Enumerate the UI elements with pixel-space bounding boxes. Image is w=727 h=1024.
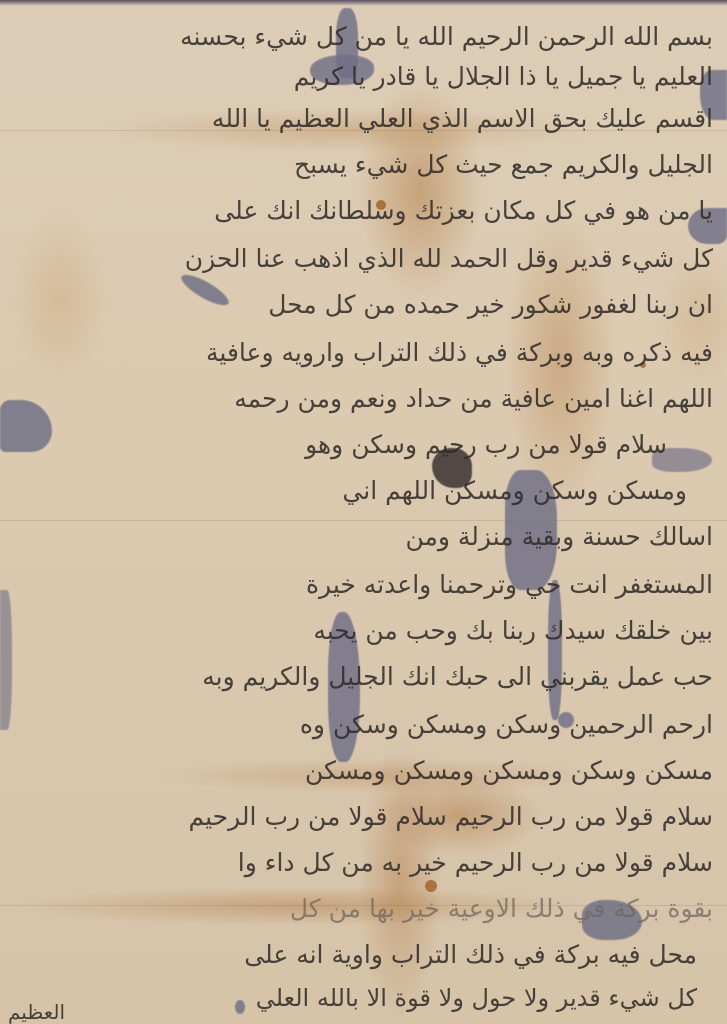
manuscript-line-20: بقوة بركة في ذلك الاوعية خير بها من كل [290,894,713,923]
manuscript-line-18: سلام قولا من رب الرحيم سلام قولا من رب ا… [189,802,714,831]
manuscript-line-3: اقسم عليك بحق الاسم الذي العلي العظيم يا… [212,104,713,133]
manuscript-line-5: يا من هو في كل مكان بعزتك وسلطانك انك عل… [214,196,713,225]
manuscript-line-2: العليم يا جميل يا ذا الجلال يا قادر يا ك… [294,62,713,91]
manuscript-line-7: ان ربنا لغفور شكور خير حمده من كل محل [268,290,713,319]
manuscript-page: بسم الله الرحمن الرحيم الله يا من كل شيء… [0,0,727,1024]
manuscript-line-1: بسم الله الرحمن الرحيم الله يا من كل شيء… [180,22,713,51]
manuscript-line-12: اسالك حسنة وبقية منزلة ومن [405,522,713,551]
manuscript-line-19: سلام قولا من رب الرحيم خير به من كل داء … [238,848,713,877]
manuscript-line-14: بين خلقك سيدك ربنا بك وحب من يحبه [313,616,713,645]
manuscript-line-4: الجليل والكريم جمع حيث كل شيء يسبح [294,150,713,179]
manuscript-line-6: كل شيء قدير وقل الحمد لله الذي اذهب عنا … [185,244,713,273]
manuscript-line-9: اللهم اغنا امين عافية من حداد ونعم ومن ر… [234,384,713,413]
manuscript-line-17: مسكن وسكن ومسكن ومسكن ومسكن [305,756,713,785]
manuscript-line-10: سلام قولا من رب رحيم وسكن وهو [305,430,667,459]
manuscript-line-8: فيه ذكره وبه وبركة في ذلك التراب وارويه … [206,338,713,367]
manuscript-line-16: ارحم الرحمين وسكن ومسكن وسكن وه [300,710,713,739]
manuscript-line-13: المستغفر انت حي وترحمنا واعدته خيرة [306,570,713,599]
manuscript-line-22: كل شيء قدير ولا حول ولا قوة الا بالله ال… [256,984,697,1012]
manuscript-text: بسم الله الرحمن الرحيم الله يا من كل شيء… [0,0,727,1024]
manuscript-line-23: العظيم [8,1000,65,1024]
manuscript-line-15: حب عمل يقربني الى حبك انك الجليل والكريم… [202,662,713,691]
manuscript-line-11: ومسكن وسكن ومسكن اللهم اني [342,476,687,505]
manuscript-line-21: محل فيه بركة في ذلك التراب واوية انه على [244,940,697,969]
